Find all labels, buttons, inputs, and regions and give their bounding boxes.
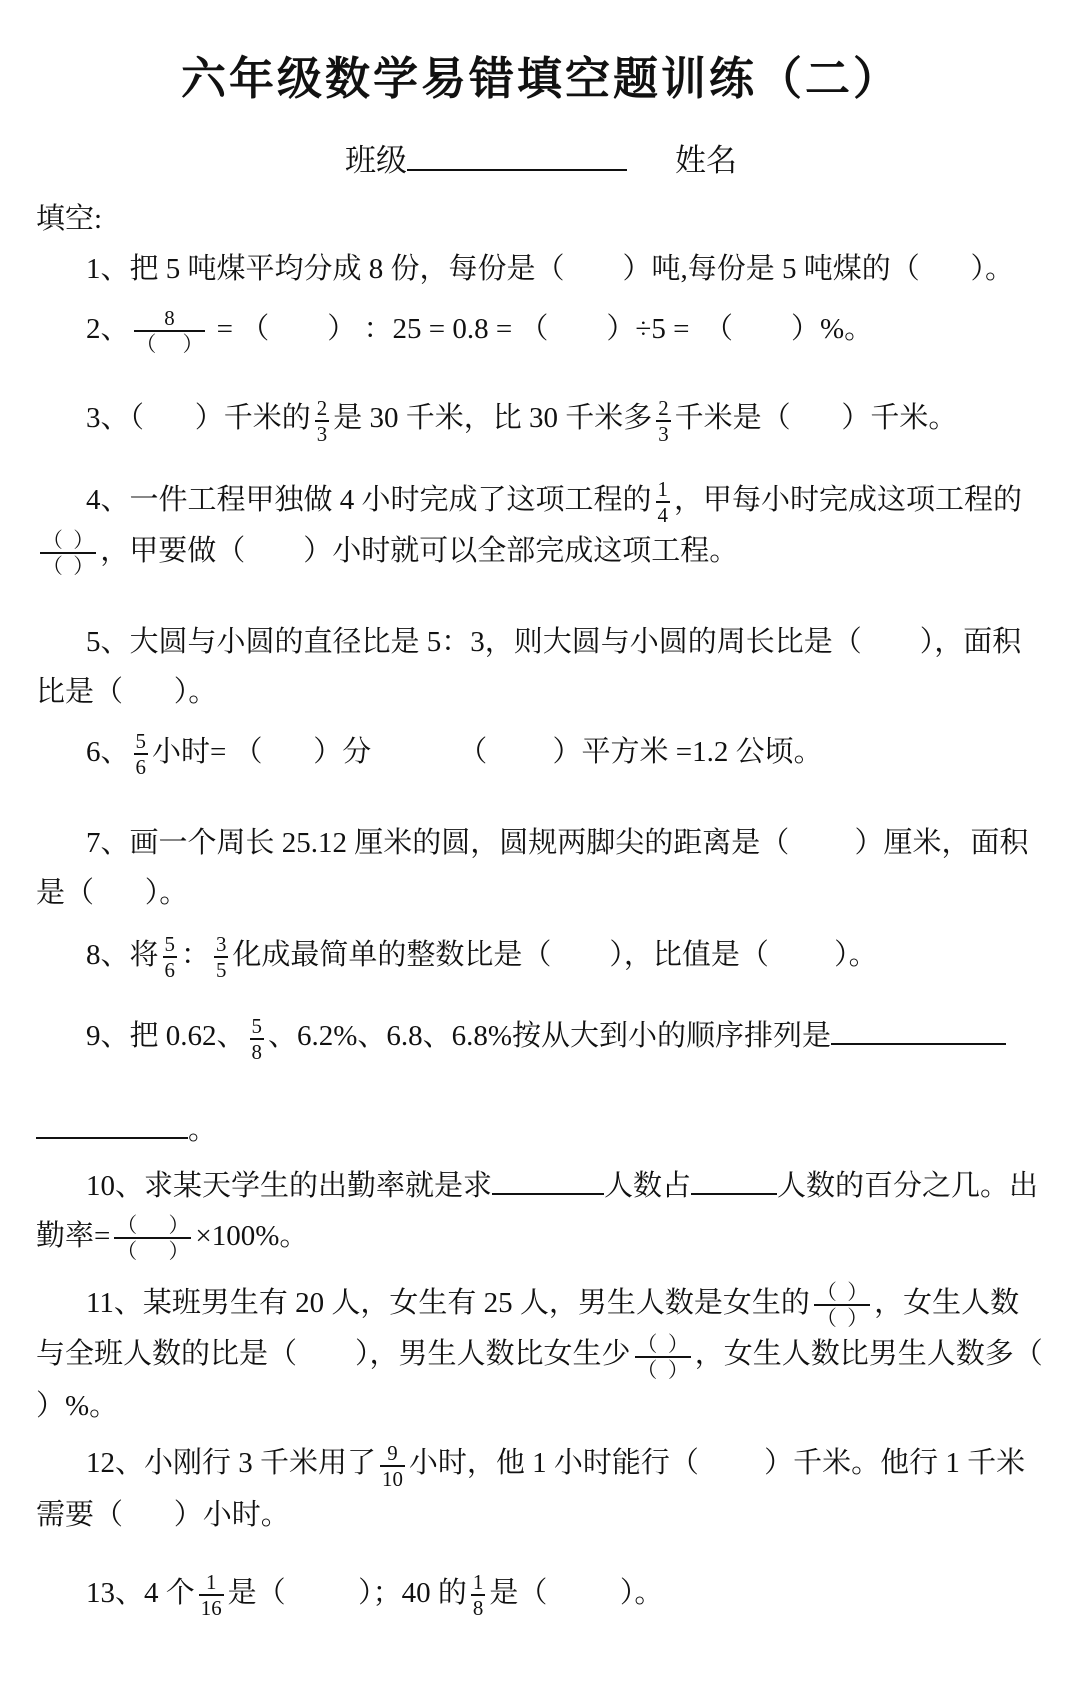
class-name-line: 班级姓名 — [36, 135, 1046, 180]
fraction-denominator: （ ） — [814, 1306, 870, 1330]
text-run: 9、把 0.62、 — [86, 1020, 246, 1052]
question-11: 11、某班男生有 20 人，女生有 25 人，男生人数是女生的（ ）（ ），女生… — [36, 1279, 1046, 1432]
answer-blank — [492, 1166, 604, 1195]
question-7: 7、画一个周长 25.12 厘米的圆，圆规两脚尖的距离是（ ）厘米，面积是（ ）… — [36, 819, 1046, 919]
questions-container: 1、把 5 吨煤平均分成 8 份，每份是（ ）吨,每份是 5 吨煤的（ ）。2、… — [36, 245, 1046, 1620]
fraction-denominator: 8 — [471, 1596, 485, 1620]
fraction-numerator: 1 — [204, 1570, 218, 1594]
fraction-denominator: （ ） — [635, 1358, 691, 1382]
text-run: 化成最简单的整数比是（ ），比值是（ ）。 — [232, 939, 877, 971]
question-3: 3、（ ）千米的23是 30 千米，比 30 千米多23千米是（ ）千米。 — [36, 394, 1046, 445]
fraction: （ ）（ ） — [114, 1213, 191, 1263]
question-9-line-2: 。 — [36, 1106, 1046, 1156]
fraction-denominator: （ ） — [134, 332, 206, 356]
fraction-denominator: 10 — [380, 1467, 405, 1491]
answer-blank — [831, 1016, 1006, 1045]
fraction-numerator: 5 — [134, 729, 148, 753]
question-1: 1、把 5 吨煤平均分成 8 份，每份是（ ）吨,每份是 5 吨煤的（ ）。 — [36, 245, 1046, 295]
text-run: ×100%。 — [195, 1220, 308, 1252]
fraction-numerator: （ ） — [114, 1213, 191, 1237]
question-13: 13、4 个116是（ ）；40 的18是（ ）。 — [36, 1569, 1046, 1620]
fraction-numerator: 9 — [385, 1441, 399, 1465]
text-run: 5、大圆与小圆的直径比是 5：3，则大圆与小圆的周长比是（ ），面积比是（ ）。 — [36, 626, 1021, 708]
text-run: 是（ ）；40 的 — [228, 1577, 467, 1609]
text-run: 7、画一个周长 25.12 厘米的圆，圆规两脚尖的距离是（ ）厘米，面积是（ ）… — [36, 827, 1029, 909]
fraction-denominator: （ ） — [40, 554, 96, 578]
class-label: 班级 — [345, 143, 407, 178]
text-run: = （ ） ：25 = 0.8 = （ ）÷5 = （ ）%。 — [209, 313, 873, 345]
text-run: 4、一件工程甲独做 4 小时完成了这项工程的 — [86, 484, 652, 516]
fraction-denominator: 8 — [250, 1040, 264, 1064]
question-12: 12、小刚行 3 千米用了910小时，他 1 小时能行（ ）千米。他行 1 千米… — [36, 1439, 1046, 1540]
fraction: 58 — [250, 1014, 264, 1064]
fraction-denominator: 4 — [656, 503, 670, 527]
fraction: （ ）（ ） — [635, 1332, 691, 1382]
text-run: 小时= （ ）分 （ ）平方米 =1.2 公顷。 — [152, 736, 823, 768]
fraction: （ ）（ ） — [814, 1280, 870, 1330]
text-run: 人数占 — [604, 1170, 691, 1202]
text-run: ： — [181, 939, 210, 971]
fraction-denominator: 5 — [214, 958, 228, 982]
fraction: 56 — [163, 932, 177, 982]
question-10: 10、求某天学生的出勤率就是求人数占人数的百分之几。出勤率=（ ）（ ）×100… — [36, 1162, 1046, 1263]
fraction-numerator: 3 — [214, 932, 228, 956]
class-blank — [407, 140, 627, 171]
question-9-line-1: 9、把 0.62、58、6.2%、6.8、6.8%按从大到小的顺序排列是 — [36, 1012, 1046, 1063]
text-run: 。 — [188, 1114, 217, 1146]
fraction: 23 — [315, 396, 329, 446]
fraction: 56 — [134, 729, 148, 779]
text-run: 10、求某天学生的出勤率就是求 — [86, 1170, 492, 1202]
section-label: 填空: — [36, 196, 1046, 237]
answer-blank — [36, 1110, 188, 1139]
fraction: 23 — [656, 396, 670, 446]
question-6: 6、56小时= （ ）分 （ ）平方米 =1.2 公顷。 — [36, 728, 1046, 779]
text-run: 3、（ ）千米的 — [86, 402, 311, 434]
worksheet-page: 六年级数学易错填空题训练（二） 班级姓名 填空: 1、把 5 吨煤平均分成 8 … — [0, 0, 1080, 1700]
fraction-numerator: （ ） — [635, 1332, 691, 1356]
answer-blank — [691, 1166, 777, 1195]
page-title: 六年级数学易错填空题训练（二） — [36, 42, 1046, 107]
fraction-numerator: （ ） — [814, 1280, 870, 1304]
fraction-numerator: 1 — [656, 477, 670, 501]
fraction-denominator: 3 — [656, 422, 670, 446]
text-run: ，甲每小时完成这项工程的 — [674, 484, 1022, 516]
question-4: 4、一件工程甲独做 4 小时完成了这项工程的14，甲每小时完成这项工程的（ ）（… — [36, 476, 1046, 579]
question-2: 2、8（ ） = （ ） ：25 = 0.8 = （ ）÷5 = （ ）%。 — [36, 305, 1046, 356]
fraction-numerator: 2 — [656, 396, 670, 420]
fraction: 8（ ） — [134, 306, 206, 356]
fraction-denominator: 6 — [134, 755, 148, 779]
fraction-denominator: 6 — [163, 958, 177, 982]
fraction-denominator: （ ） — [114, 1239, 191, 1263]
fraction: 116 — [199, 1570, 224, 1620]
text-run: 6、 — [86, 736, 130, 768]
question-8: 8、将56：35化成最简单的整数比是（ ），比值是（ ）。 — [36, 931, 1046, 982]
fraction: 14 — [656, 477, 670, 527]
text-run: 12、小刚行 3 千米用了 — [86, 1447, 376, 1479]
fraction-numerator: 5 — [163, 932, 177, 956]
text-run: 8、将 — [86, 939, 159, 971]
text-run: 11、某班男生有 20 人，女生有 25 人，男生人数是女生的 — [86, 1287, 810, 1319]
name-label: 姓名 — [675, 143, 737, 178]
text-run: 是 30 千米，比 30 千米多 — [333, 402, 652, 434]
fraction-numerator: 1 — [471, 1570, 485, 1594]
text-run: 2、 — [86, 313, 130, 345]
fraction-numerator: （ ） — [40, 528, 96, 552]
fraction-denominator: 3 — [315, 422, 329, 446]
question-5: 5、大圆与小圆的直径比是 5：3，则大圆与小圆的周长比是（ ），面积比是（ ）。 — [36, 618, 1046, 718]
fraction-numerator: 8 — [162, 306, 176, 330]
fraction: 910 — [380, 1441, 405, 1491]
fraction: 35 — [214, 932, 228, 982]
fraction-numerator: 2 — [315, 396, 329, 420]
fraction-denominator: 16 — [199, 1596, 224, 1620]
text-run: 是（ ）。 — [489, 1577, 663, 1609]
fraction-numerator: 5 — [250, 1014, 264, 1038]
text-run: 、6.2%、6.8、6.8%按从大到小的顺序排列是 — [268, 1020, 831, 1052]
fraction: 18 — [471, 1570, 485, 1620]
fraction: （ ）（ ） — [40, 528, 96, 578]
text-run: 1、把 5 吨煤平均分成 8 份，每份是（ ）吨,每份是 5 吨煤的（ ）。 — [86, 253, 1014, 285]
text-run: 千米是（ ）千米。 — [675, 402, 958, 434]
text-run: ，甲要做（ ）小时就可以全部完成这项工程。 — [100, 535, 738, 567]
text-run: 13、4 个 — [86, 1577, 195, 1609]
